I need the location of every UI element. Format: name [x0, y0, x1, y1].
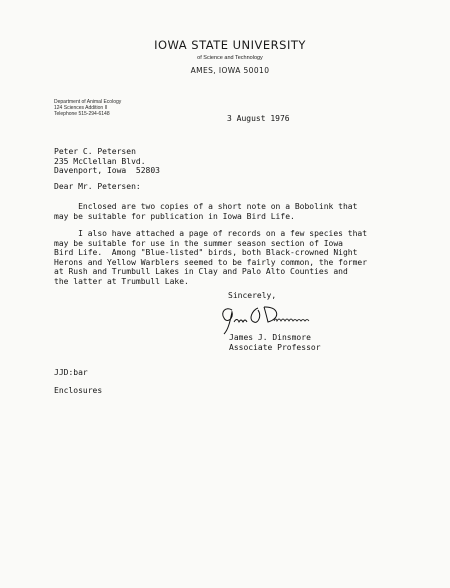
letterhead-city: AMES, IOWA 50010	[5, 66, 450, 75]
closing: Sincerely,	[228, 291, 276, 301]
salutation: Dear Mr. Petersen:	[54, 182, 141, 192]
recipient-city: Davenport, Iowa 52803	[54, 166, 160, 176]
signer-title: Associate Professor	[229, 343, 321, 353]
department-block: Department of Animal Ecology 124 Science…	[54, 99, 121, 118]
enclosure-note: Enclosures	[54, 386, 102, 396]
body-paragraph-2: I also have attached a page of records o…	[54, 229, 367, 287]
letterhead-institution: IOWA STATE UNIVERSITY	[5, 38, 450, 52]
letter-page: IOWA STATE UNIVERSITY of Science and Tec…	[0, 0, 450, 588]
signer-name: James J. Dinsmore	[229, 333, 321, 343]
recipient-street: 235 McClellan Blvd.	[54, 157, 160, 167]
recipient-name: Peter C. Petersen	[54, 147, 160, 157]
signature-block: James J. DinsmoreAssociate Professor	[229, 333, 321, 352]
letterhead-subtitle: of Science and Technology	[5, 55, 450, 61]
recipient-address: Peter C. Petersen235 McClellan Blvd.Dave…	[54, 147, 160, 176]
letter-date: 3 August 1976	[227, 114, 290, 124]
department-phone: Telephone 515-294-6148	[54, 111, 121, 117]
body-paragraph-1: Enclosed are two copies of a short note …	[54, 202, 357, 221]
reference-initials: JJD:bar	[54, 368, 88, 378]
handwritten-signature	[218, 304, 338, 336]
